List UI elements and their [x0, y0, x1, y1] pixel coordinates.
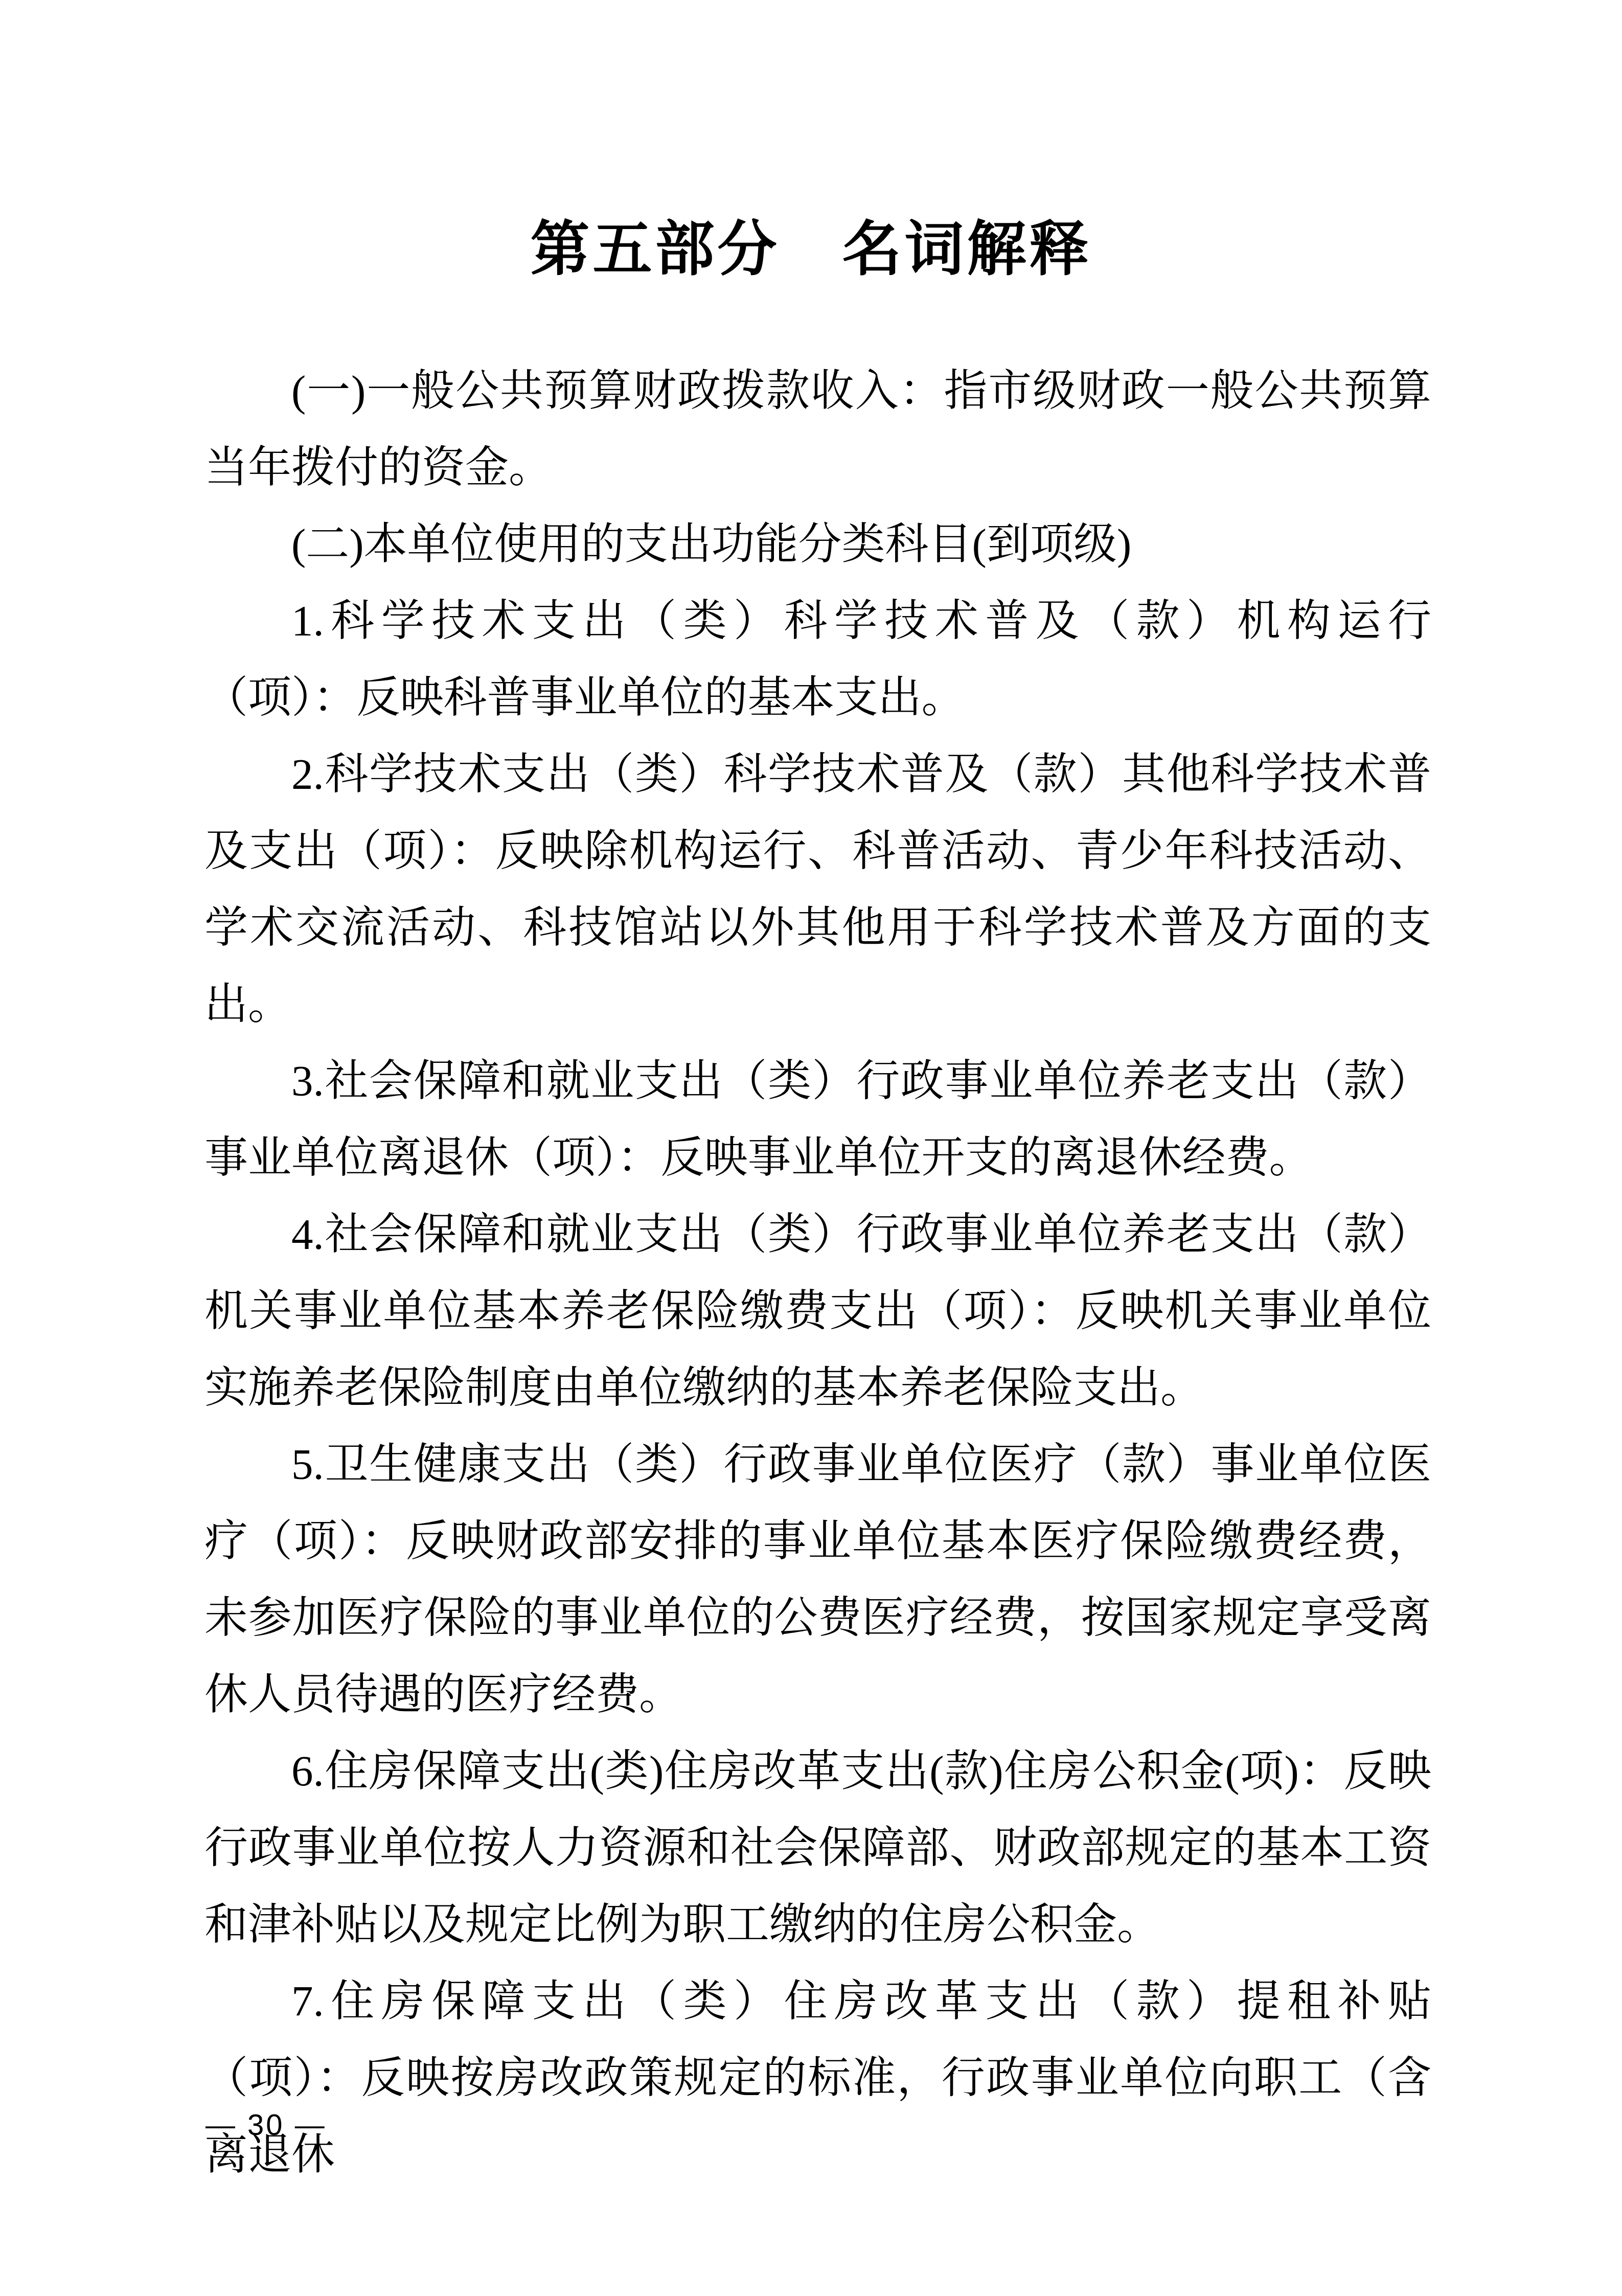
- paragraph-general-budget-income: (一)一般公共预算财政拨款收入：指市级财政一般公共预算当年拨付的资金。: [204, 353, 1431, 506]
- document-body: (一)一般公共预算财政拨款收入：指市级财政一般公共预算当年拨付的资金。 (二)本…: [204, 353, 1431, 2193]
- page-title: 第五部分 名词解释: [0, 0, 1622, 285]
- paragraph-term-5-medical-expense: 5.卫生健康支出（类）行政事业单位医疗（款）事业单位医疗（项）：反映财政部安排的…: [204, 1426, 1431, 1733]
- paragraph-term-6-housing-fund: 6.住房保障支出(类)住房改革支出(款)住房公积金(项)：反映行政事业单位按人力…: [204, 1733, 1431, 1963]
- paragraph-term-7-rent-subsidy: 7.住房保障支出（类）住房改革支出（款）提租补贴（项）：反映按房改政策规定的标准…: [204, 1963, 1431, 2193]
- paragraph-term-2-other-science-popularization: 2.科学技术支出（类）科学技术普及（款）其他科学技术普及支出（项）：反映除机构运…: [204, 736, 1431, 1043]
- paragraph-term-4-basic-pension-contribution: 4.社会保障和就业支出（类）行政事业单位养老支出（款）机关事业单位基本养老保险缴…: [204, 1196, 1431, 1426]
- page-number: — 30 —: [205, 2110, 327, 2140]
- paragraph-term-1-science-tech-org-operation: 1.科学技术支出（类）科学技术普及（款）机构运行（项）：反映科普事业单位的基本支…: [204, 583, 1431, 736]
- document-page: 第五部分 名词解释 (一)一般公共预算财政拨款收入：指市级财政一般公共预算当年拨…: [0, 0, 1622, 2296]
- paragraph-term-3-retirement-expense: 3.社会保障和就业支出（类）行政事业单位养老支出（款）事业单位离退休（项）：反映…: [204, 1043, 1431, 1196]
- paragraph-expenditure-classification-heading: (二)本单位使用的支出功能分类科目(到项级): [204, 506, 1431, 583]
